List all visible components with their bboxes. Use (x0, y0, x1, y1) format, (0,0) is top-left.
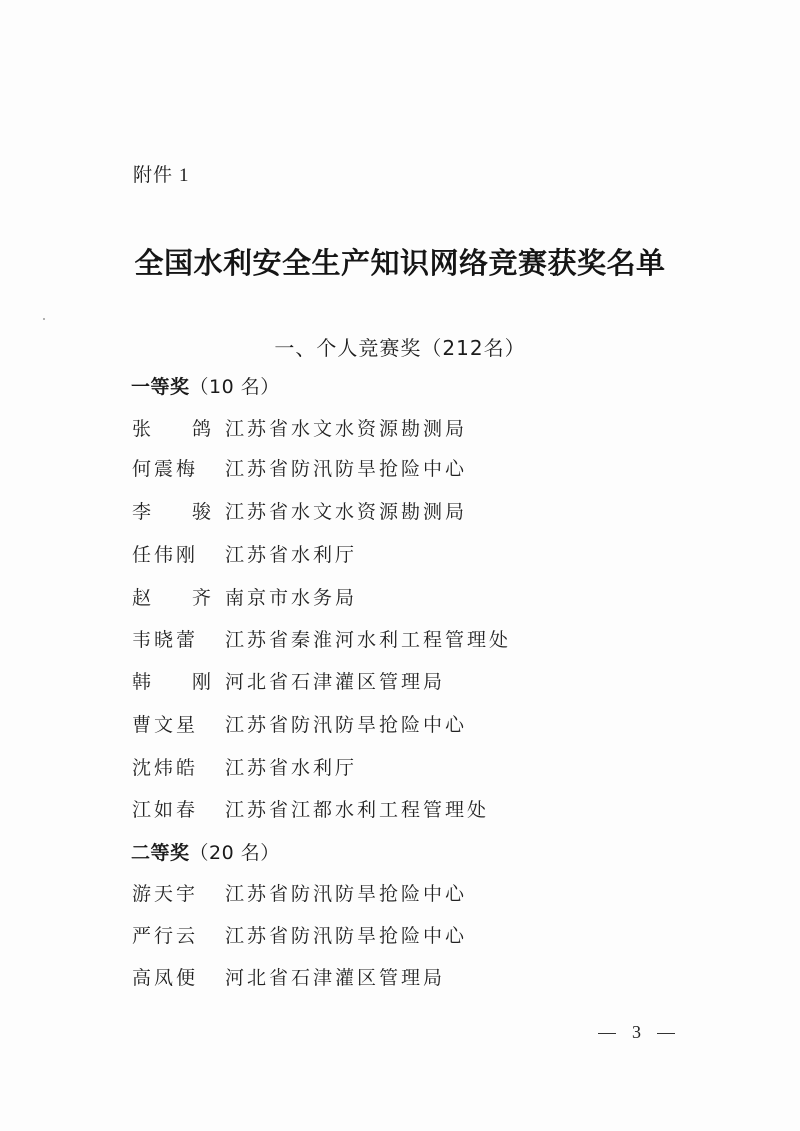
winner-org: 江苏省防汛防旱抢险中心 (225, 456, 467, 482)
page-number: 3 (598, 1022, 675, 1043)
winner-row: 李骏 江苏省水文水资源勘测局 (132, 499, 467, 525)
winner-org: 江苏省防汛防旱抢险中心 (225, 881, 467, 907)
winner-org: 江苏省秦淮河水利工程管理处 (225, 627, 511, 653)
winner-row: 赵齐 南京市水务局 (132, 585, 357, 611)
winner-name: 曹文星 (132, 712, 212, 738)
prize-heading-count: （20 名） (190, 842, 280, 864)
attachment-label: 附件1 (133, 160, 190, 187)
section-title: 一、个人竞赛奖（212名） (0, 332, 800, 361)
winner-name: 张鸽 (132, 416, 212, 442)
winner-row: 任伟刚 江苏省水利厅 (132, 542, 357, 568)
winner-row: 游天宇 江苏省防汛防旱抢险中心 (132, 881, 467, 907)
document-title: 全国水利安全生产知识网络竞赛获奖名单 (0, 241, 800, 282)
winner-name: 韦晓蕾 (132, 627, 212, 653)
dash-left (598, 1033, 616, 1034)
attachment-text: 附件 (133, 164, 173, 186)
name-char: 韩 (132, 669, 152, 695)
winner-row: 曹文星 江苏省防汛防旱抢险中心 (132, 712, 467, 738)
winner-row: 韦晓蕾 江苏省秦淮河水利工程管理处 (132, 627, 511, 653)
winner-org: 江苏省水文水资源勘测局 (225, 499, 467, 525)
winner-org: 江苏省水利厅 (225, 755, 357, 781)
winner-org: 江苏省江都水利工程管理处 (225, 797, 489, 823)
winner-org: 河北省石津灌区管理局 (225, 669, 445, 695)
prize-heading-first: 一等奖（10 名） (131, 372, 280, 399)
name-char: 张 (132, 416, 152, 442)
name-char: 齐 (192, 585, 212, 611)
scan-speck (43, 318, 45, 320)
winner-name: 高凤便 (132, 965, 212, 991)
winner-name: 江如春 (132, 797, 212, 823)
winner-org: 江苏省水利厅 (225, 542, 357, 568)
winner-row: 韩刚 河北省石津灌区管理局 (132, 669, 445, 695)
winner-row: 何震梅 江苏省防汛防旱抢险中心 (132, 456, 467, 482)
winner-row: 严行云 江苏省防汛防旱抢险中心 (132, 923, 467, 949)
winner-name: 沈炜皓 (132, 755, 212, 781)
page-number-value: 3 (632, 1022, 641, 1043)
winner-row: 张鸽 江苏省水文水资源勘测局 (132, 416, 467, 442)
winner-name: 何震梅 (132, 456, 212, 482)
winner-org: 江苏省防汛防旱抢险中心 (225, 712, 467, 738)
winner-name: 李骏 (132, 499, 212, 525)
prize-heading-count: （10 名） (190, 376, 280, 398)
winner-org: 南京市水务局 (225, 585, 357, 611)
winner-name: 游天宇 (132, 881, 212, 907)
winner-name: 韩刚 (132, 669, 212, 695)
dash-right (657, 1033, 675, 1034)
prize-heading-label: 二等奖 (131, 842, 190, 864)
document-page: 附件1 全国水利安全生产知识网络竞赛获奖名单 一、个人竞赛奖（212名） 一等奖… (0, 0, 800, 1131)
winner-org: 河北省石津灌区管理局 (225, 965, 445, 991)
winner-row: 江如春 江苏省江都水利工程管理处 (132, 797, 489, 823)
name-char: 李 (132, 499, 152, 525)
winner-name: 任伟刚 (132, 542, 212, 568)
winner-row: 沈炜皓 江苏省水利厅 (132, 755, 357, 781)
attachment-number: 1 (179, 165, 190, 186)
name-char: 刚 (192, 669, 212, 695)
winner-row: 高凤便 河北省石津灌区管理局 (132, 965, 445, 991)
winner-org: 江苏省水文水资源勘测局 (225, 416, 467, 442)
winner-org: 江苏省防汛防旱抢险中心 (225, 923, 467, 949)
name-char: 骏 (192, 499, 212, 525)
prize-heading-label: 一等奖 (131, 376, 190, 398)
name-char: 赵 (132, 585, 152, 611)
winner-name: 赵齐 (132, 585, 212, 611)
name-char: 鸽 (192, 416, 212, 442)
prize-heading-second: 二等奖（20 名） (131, 838, 280, 865)
winner-name: 严行云 (132, 923, 212, 949)
